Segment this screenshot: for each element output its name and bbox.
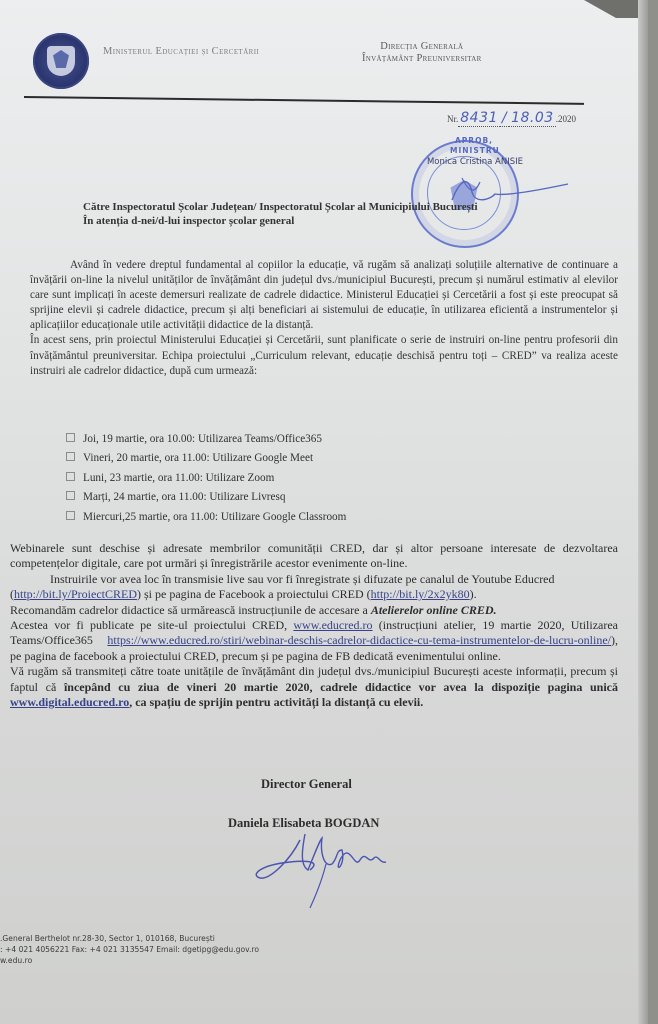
schedule-item: Marți, 24 martie, ora 11.00: Utilizare L… — [66, 488, 346, 507]
handwritten-number: 8431 — [458, 110, 500, 127]
paragraph-1: Având în vedere dreptul fundamental al c… — [30, 258, 618, 333]
workshops-emphasis: Atelierelor online CRED. — [371, 603, 497, 617]
schedule-item: Miercuri,25 martie, ora 11.00: Utilizare… — [66, 508, 346, 527]
footer-phone-email: : +4 021 4056221 Fax: +4 021 3135547 Ema… — [0, 944, 259, 955]
schedule-item: Luni, 23 martie, ora 11.00: Utilizare Zo… — [66, 469, 346, 488]
letter-body: Având în vedere dreptul fundamental al c… — [30, 258, 618, 379]
paragraph-6: Acestea vor fi publicate pe site-ul proi… — [10, 618, 618, 664]
footer-website: w.edu.ro — [0, 955, 259, 966]
background-corner — [568, 0, 648, 18]
schedule-item: Joi, 19 martie, ora 10.00: Utilizarea Te… — [66, 430, 346, 449]
youtube-link[interactable]: http://bit.ly/ProiectCRED — [14, 587, 137, 601]
government-seal-icon — [33, 33, 89, 89]
document-page: Ministerul Educației și Cercetării Direc… — [0, 0, 648, 1024]
paragraph-4: Instruirile vor avea loc în transmisie l… — [10, 572, 618, 603]
training-schedule: Joi, 19 martie, ora 10.00: Utilizarea Te… — [66, 430, 346, 527]
handwritten-date: 18.03 — [509, 110, 556, 127]
attention-line: În atenția d-nei/d-lui inspector școlar … — [83, 214, 478, 228]
stamp-minister: MINISTRU — [450, 146, 500, 155]
checkbox-icon — [66, 491, 75, 500]
contact-footer: .General Berthelot nr.28-30, Sector 1, 0… — [0, 933, 259, 966]
registration-number: Nr.8431/18.03.2020 — [447, 110, 576, 126]
checkbox-icon — [66, 472, 75, 481]
facebook-link[interactable]: http://bit.ly/2x2yk80 — [371, 587, 470, 601]
stamp-approver: Monica Cristina ANISIE — [405, 157, 545, 167]
paragraph-5: Recomandăm cadrelor didactice să urmărea… — [10, 603, 618, 618]
checkbox-icon — [66, 452, 75, 461]
ministry-name: Ministerul Educației și Cercetării — [103, 46, 259, 57]
page-edge-shadow — [638, 0, 648, 1024]
educred-link[interactable]: www.educred.ro — [293, 618, 372, 632]
checkbox-icon — [66, 511, 75, 520]
letter-body-2: Webinarele sunt deschise și adresate mem… — [10, 541, 618, 710]
webinar-article-link[interactable]: https://www.educred.ro/stiri/webinar-des… — [107, 633, 611, 647]
paragraph-7: Vă rugăm să transmiteți către toate unit… — [10, 664, 618, 710]
stamp-approval: APROB, — [455, 136, 493, 145]
handwritten-signature-icon — [250, 820, 430, 910]
direction-name: Direcția Generală Învățământ Preuniversi… — [362, 41, 482, 65]
checkbox-icon — [66, 433, 75, 442]
addressee-line: Către Inspectoratul Școlar Județean/ Ins… — [83, 200, 478, 214]
header-divider — [24, 96, 584, 105]
footer-address: .General Berthelot nr.28-30, Sector 1, 0… — [0, 933, 259, 944]
schedule-item: Vineri, 20 martie, ora 11.00: Utilizare … — [66, 449, 346, 468]
paragraph-3: Webinarele sunt deschise și adresate mem… — [10, 541, 618, 572]
signatory-title: Director General — [261, 777, 352, 792]
digital-educred-link[interactable]: www.digital.educred.ro — [10, 695, 129, 709]
paragraph-2: În acest sens, prin proiectul Ministerul… — [30, 333, 618, 378]
addressee-block: Către Inspectoratul Școlar Județean/ Ins… — [83, 200, 478, 228]
